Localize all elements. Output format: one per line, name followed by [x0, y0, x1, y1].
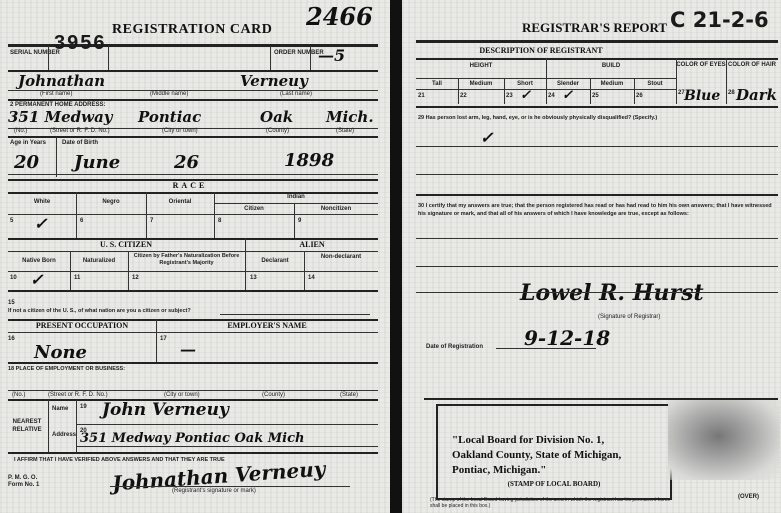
registrar-signature: Lowel R. Hurst [520, 280, 704, 306]
build-col-slender: Slender [546, 81, 590, 87]
relative-address: 351 Medway Pontiac Oak Mich [80, 431, 304, 446]
middle-name-label: (Middle name) [150, 91, 188, 97]
employment-sublabel: (City or town) [164, 392, 200, 398]
us-citizen-header: U. S. CITIZEN [8, 240, 244, 249]
relative-name-label: Name [52, 406, 68, 412]
stamp-caption: (STAMP OF LOCAL BOARD) [438, 480, 670, 488]
nearest-relative-label: NEAREST RELATIVE [8, 418, 46, 434]
q30-statement: I certify that my answers are true; that… [418, 203, 772, 217]
citizen-col-native: Native Born [8, 258, 70, 264]
height-short-check: ✓ [520, 88, 531, 103]
field-number: 29 [418, 115, 424, 121]
last-name: Verneuy [240, 72, 308, 90]
race-col-white: White [8, 199, 76, 205]
field-number: 17 [160, 336, 167, 342]
field-number: 25 [592, 93, 599, 99]
serial-label: SERIAL NUMBER [10, 50, 44, 57]
field-number: 15 [8, 300, 15, 306]
field-number: 6 [80, 218, 83, 224]
hair-color-value: Dark [736, 86, 777, 104]
field-number: 11 [74, 275, 80, 281]
eyes-header: COLOR OF EYES [676, 62, 726, 69]
height-col-tall: Tall [416, 81, 458, 87]
registration-card: REGISTRATION CARD 2466 SERIAL NUMBER 395… [0, 0, 390, 513]
address-sublabel: (Street or R. F. D. No.) [50, 128, 110, 134]
employer-header: EMPLOYER'S NAME [156, 321, 378, 330]
order-number: —5 [318, 46, 345, 65]
q30-text: 30 I certify that my answers are true; t… [418, 202, 776, 218]
field-number: 23 [506, 93, 513, 99]
stamp-line: Oakland County, State of Michigan, [452, 449, 621, 461]
dob-day: 26 [174, 152, 199, 173]
dob-label: Date of Birth [62, 140, 98, 146]
field-number: 28 [728, 90, 735, 96]
address-state: Mich. [326, 108, 374, 126]
registrar-sublabel: (Signature of Registrar) [598, 314, 660, 320]
alien-col-declarant: Declarant [246, 258, 304, 264]
address-city: Pontiac [138, 108, 201, 126]
employment-sublabel: (County) [262, 392, 285, 398]
card-title: REGISTRATION CARD [112, 22, 272, 38]
field-number: 8 [218, 218, 221, 224]
local-board-stamp: "Local Board for Division No. 1, Oakland… [436, 404, 672, 500]
address-sublabel: (County) [266, 128, 289, 134]
serial-number: 3956 [54, 32, 107, 55]
dob-month: June [74, 152, 120, 173]
last-name-label: (Last name) [280, 91, 312, 97]
q18-label: 18 PLACE OF EMPLOYMENT OR BUSINESS: [8, 366, 125, 372]
smudge-mark [668, 400, 780, 480]
field-number: 24 [548, 93, 555, 99]
over-label: (OVER) [738, 494, 759, 500]
employment-sublabel: (Street or R. F. D. No.) [48, 392, 108, 398]
q29-text: 29 Has person lost arm, leg, hand, eye, … [418, 114, 778, 122]
alien-header: ALIEN [246, 240, 378, 249]
signature-sublabel: (Registrant's signature or mark) [172, 488, 256, 494]
address-sublabel: (State) [336, 128, 354, 134]
address-sublabel: (No.) [14, 128, 27, 134]
relative-name: John Verneuy [102, 400, 229, 420]
address-street: 351 Medway [8, 108, 113, 126]
race-header: RACE [120, 181, 260, 190]
dob-year: 1898 [284, 150, 334, 171]
height-header: HEIGHT [416, 63, 546, 69]
race-white-check: ✓ [34, 214, 47, 233]
address-county: Oak [260, 108, 293, 126]
field-number: 21 [418, 93, 425, 99]
field-number: 19 [80, 404, 87, 410]
report-title: REGISTRAR'S REPORT [522, 20, 667, 36]
hair-header: COLOR OF HAIR [726, 62, 778, 69]
date-of-registration: 9-12-18 [524, 326, 610, 350]
field-number: 5 [10, 218, 13, 224]
field-number: 14 [308, 275, 315, 281]
race-col-negro: Negro [76, 199, 146, 205]
stamp-note: (The stamp of the Local Board having jur… [430, 497, 680, 509]
stamp-line: "Local Board for Division No. 1, [452, 434, 604, 446]
occupation-value: None [34, 342, 87, 363]
stamp-line: Pontiac, Michigan." [452, 464, 546, 476]
citizen-col-naturalized: Naturalized [70, 258, 128, 264]
report-code: C 21-2-6 [670, 8, 769, 32]
race-col-oriental: Oriental [146, 199, 214, 205]
race-group-indian: Indian [214, 194, 378, 200]
alien-col-nondeclarant: Non-declarant [304, 254, 378, 261]
field-number: 7 [150, 218, 153, 224]
description-header: DESCRIPTION OF REGISTRANT [416, 46, 666, 55]
build-slender-check: ✓ [562, 88, 573, 103]
registrars-report-card: REGISTRAR'S REPORT C 21-2-6 DESCRIPTION … [402, 0, 781, 513]
relative-address-label: Address [52, 432, 76, 438]
height-col-medium: Medium [458, 81, 504, 87]
form-id: P. M. G. O. Form No. 1 [8, 475, 39, 489]
order-label: ORDER NUMBER [274, 50, 308, 57]
native-born-check: ✓ [30, 270, 43, 289]
height-col-short: Short [504, 81, 546, 87]
q29-question: Has person lost arm, leg, hand, eye, or … [426, 115, 658, 121]
date-of-registration-label: Date of Registration [426, 344, 483, 350]
age-label: Age in Years [10, 140, 46, 146]
field-number: 10 [10, 275, 17, 281]
race-col-noncitizen: Noncitizen [294, 206, 378, 212]
field-number: 13 [250, 275, 257, 281]
build-header: BUILD [546, 63, 676, 69]
eye-color-value: Blue [684, 88, 720, 104]
build-col-medium: Medium [590, 81, 634, 87]
field-number: 22 [460, 93, 467, 99]
affirm-text: I AFFIRM THAT I HAVE VERIFIED ABOVE ANSW… [14, 457, 225, 463]
build-col-stout: Stout [634, 81, 676, 87]
employer-value: — [180, 340, 200, 359]
address-sublabel: (City or town) [162, 128, 198, 134]
occupation-header: PRESENT OCCUPATION [8, 321, 156, 330]
q29-answer: ✓ [480, 128, 493, 147]
employment-sublabel: (No.) [12, 392, 25, 398]
first-name: Johnathan [18, 72, 105, 90]
field-number: 30 [418, 203, 424, 209]
field-number: 26 [636, 93, 643, 99]
employment-sublabel: (State) [340, 392, 358, 398]
top-number: 2466 [306, 2, 373, 31]
q15-text: If not a citizen of the U. S., of what n… [8, 308, 191, 314]
race-col-citizen: Citizen [214, 206, 294, 212]
field-number: 9 [298, 218, 301, 224]
field-number: 12 [132, 275, 139, 281]
field-number: 16 [8, 336, 15, 342]
first-name-label: (First name) [40, 91, 72, 97]
age-value: 20 [14, 152, 39, 173]
citizen-col-by-father: Citizen by Father's Naturalization Befor… [128, 253, 245, 267]
